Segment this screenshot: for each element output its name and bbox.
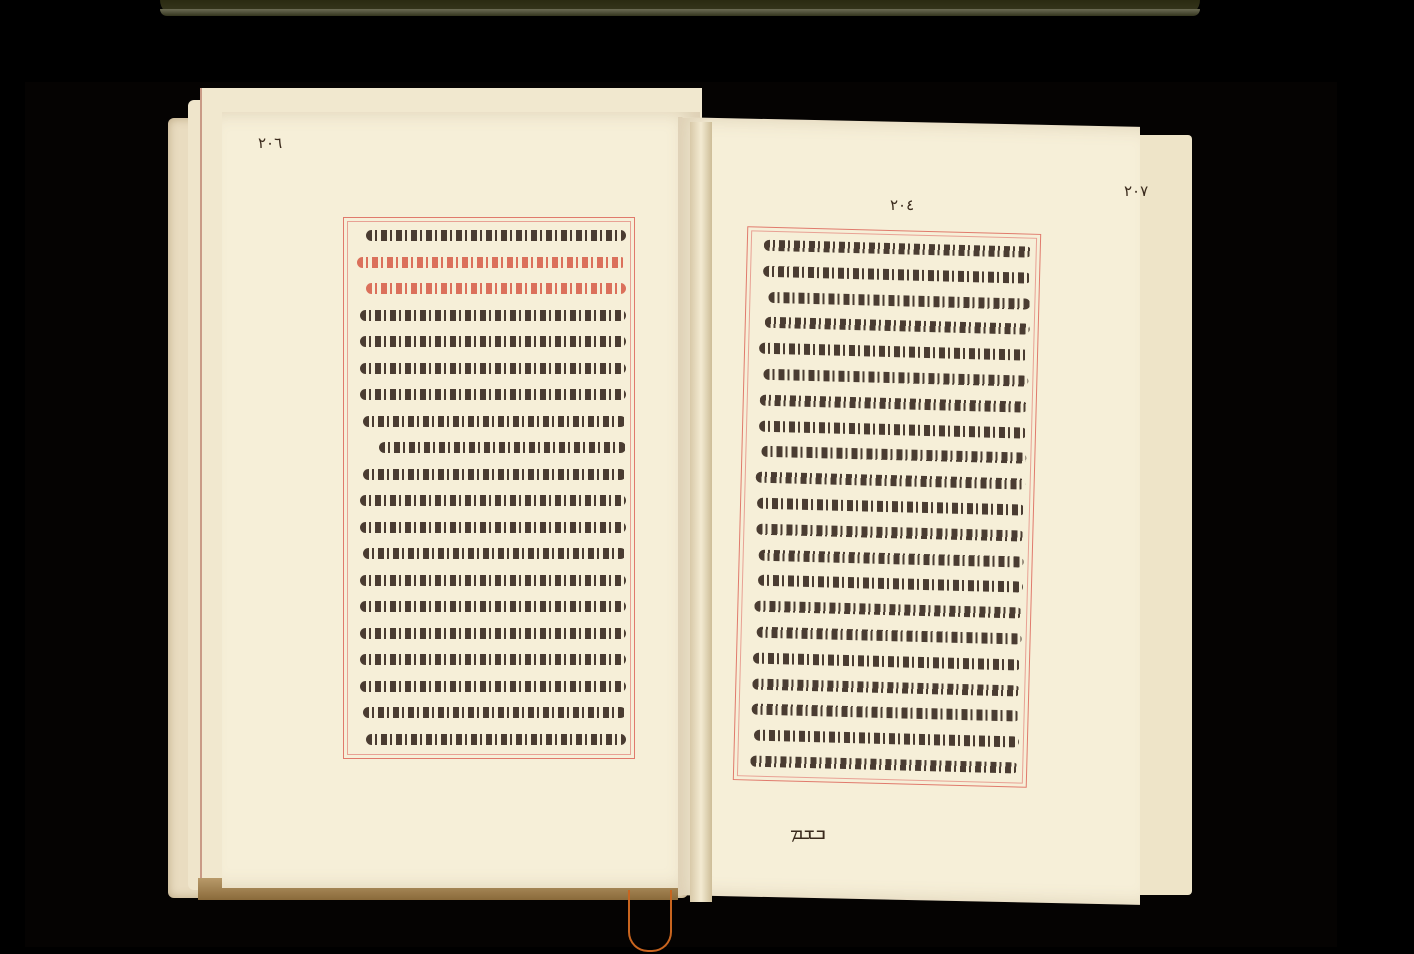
text-line <box>750 444 1026 467</box>
text-line <box>352 520 626 536</box>
text-line <box>754 289 1030 312</box>
text-line <box>352 679 626 695</box>
handwritten-script <box>763 369 1028 387</box>
handwritten-script <box>754 601 1022 619</box>
handwritten-script <box>363 548 626 559</box>
text-line <box>745 650 1021 673</box>
left-folio-number: ٢٠٦ <box>258 134 282 152</box>
handwritten-script <box>757 498 1025 516</box>
handwritten-script <box>768 291 1030 309</box>
left-text-frame <box>343 217 635 759</box>
handwritten-script <box>360 628 626 639</box>
outer-folio-number: ٢٠٧ <box>1124 182 1148 200</box>
spine-gutter <box>690 122 712 902</box>
text-line <box>744 676 1020 699</box>
text-line <box>749 495 1025 518</box>
right-text-frame <box>733 226 1041 788</box>
handwritten-script <box>752 704 1020 722</box>
text-line <box>755 263 1031 286</box>
text-line <box>352 467 626 483</box>
text-line <box>752 366 1028 389</box>
handwritten-script <box>755 472 1026 490</box>
catchword: ܒܫܡ <box>790 820 826 844</box>
text-line <box>352 493 626 509</box>
text-line <box>751 418 1027 441</box>
handwritten-script <box>360 495 626 506</box>
text-line <box>352 334 626 350</box>
text-line <box>745 624 1021 647</box>
handwritten-script <box>366 734 626 745</box>
text-line <box>352 652 626 668</box>
handwritten-script <box>761 446 1026 464</box>
handwritten-script <box>360 310 626 321</box>
text-line <box>747 573 1023 596</box>
text-line <box>756 237 1032 260</box>
handwritten-script <box>360 389 626 400</box>
handwritten-script <box>363 707 626 718</box>
handwritten-script <box>757 523 1025 541</box>
handwritten-script <box>366 283 626 294</box>
text-line <box>750 470 1026 493</box>
text-line <box>352 573 626 589</box>
binding-thread <box>628 890 672 952</box>
text-line <box>352 705 626 721</box>
handwritten-script <box>765 317 1030 335</box>
text-line <box>748 521 1024 544</box>
handwritten-script <box>753 652 1021 670</box>
handwritten-script <box>366 230 626 241</box>
text-line <box>743 702 1019 725</box>
handwritten-script <box>360 363 626 374</box>
right-text-block <box>740 233 1034 780</box>
text-line <box>352 732 626 748</box>
right-folio-number: ٢٠٤ <box>890 196 914 214</box>
handwritten-script <box>760 394 1028 412</box>
text-line <box>352 281 626 297</box>
handwritten-script <box>360 601 626 612</box>
scanner-bar-edge <box>160 9 1200 16</box>
text-line <box>752 392 1028 415</box>
text-line <box>352 387 626 403</box>
text-line <box>743 727 1019 750</box>
handwritten-script <box>360 522 626 533</box>
handwritten-script <box>757 627 1022 645</box>
text-line <box>746 599 1022 622</box>
handwritten-script <box>764 240 1032 258</box>
text-line <box>747 547 1023 570</box>
text-line <box>754 315 1030 338</box>
handwritten-script <box>379 442 626 453</box>
handwritten-script <box>758 575 1023 593</box>
left-text-block <box>350 224 628 752</box>
handwritten-script <box>759 549 1024 567</box>
handwritten-script <box>763 265 1031 283</box>
handwritten-script <box>360 336 626 347</box>
handwritten-script <box>754 730 1019 748</box>
handwritten-script <box>750 755 1018 773</box>
handwritten-script <box>357 257 626 268</box>
text-line <box>352 255 626 271</box>
handwritten-script <box>360 654 626 665</box>
text-line <box>742 753 1018 776</box>
text-line <box>352 361 626 377</box>
handwritten-script <box>360 575 626 586</box>
text-line <box>352 440 626 456</box>
handwritten-script <box>752 678 1020 696</box>
text-line <box>352 308 626 324</box>
handwritten-script <box>758 343 1029 361</box>
text-line <box>352 414 626 430</box>
handwritten-script <box>759 420 1027 438</box>
text-line <box>352 599 626 615</box>
text-line <box>753 341 1029 364</box>
text-line <box>352 228 626 244</box>
text-line <box>352 626 626 642</box>
text-line <box>352 546 626 562</box>
handwritten-script <box>363 416 626 427</box>
handwritten-script <box>360 681 626 692</box>
handwritten-script <box>363 469 626 480</box>
